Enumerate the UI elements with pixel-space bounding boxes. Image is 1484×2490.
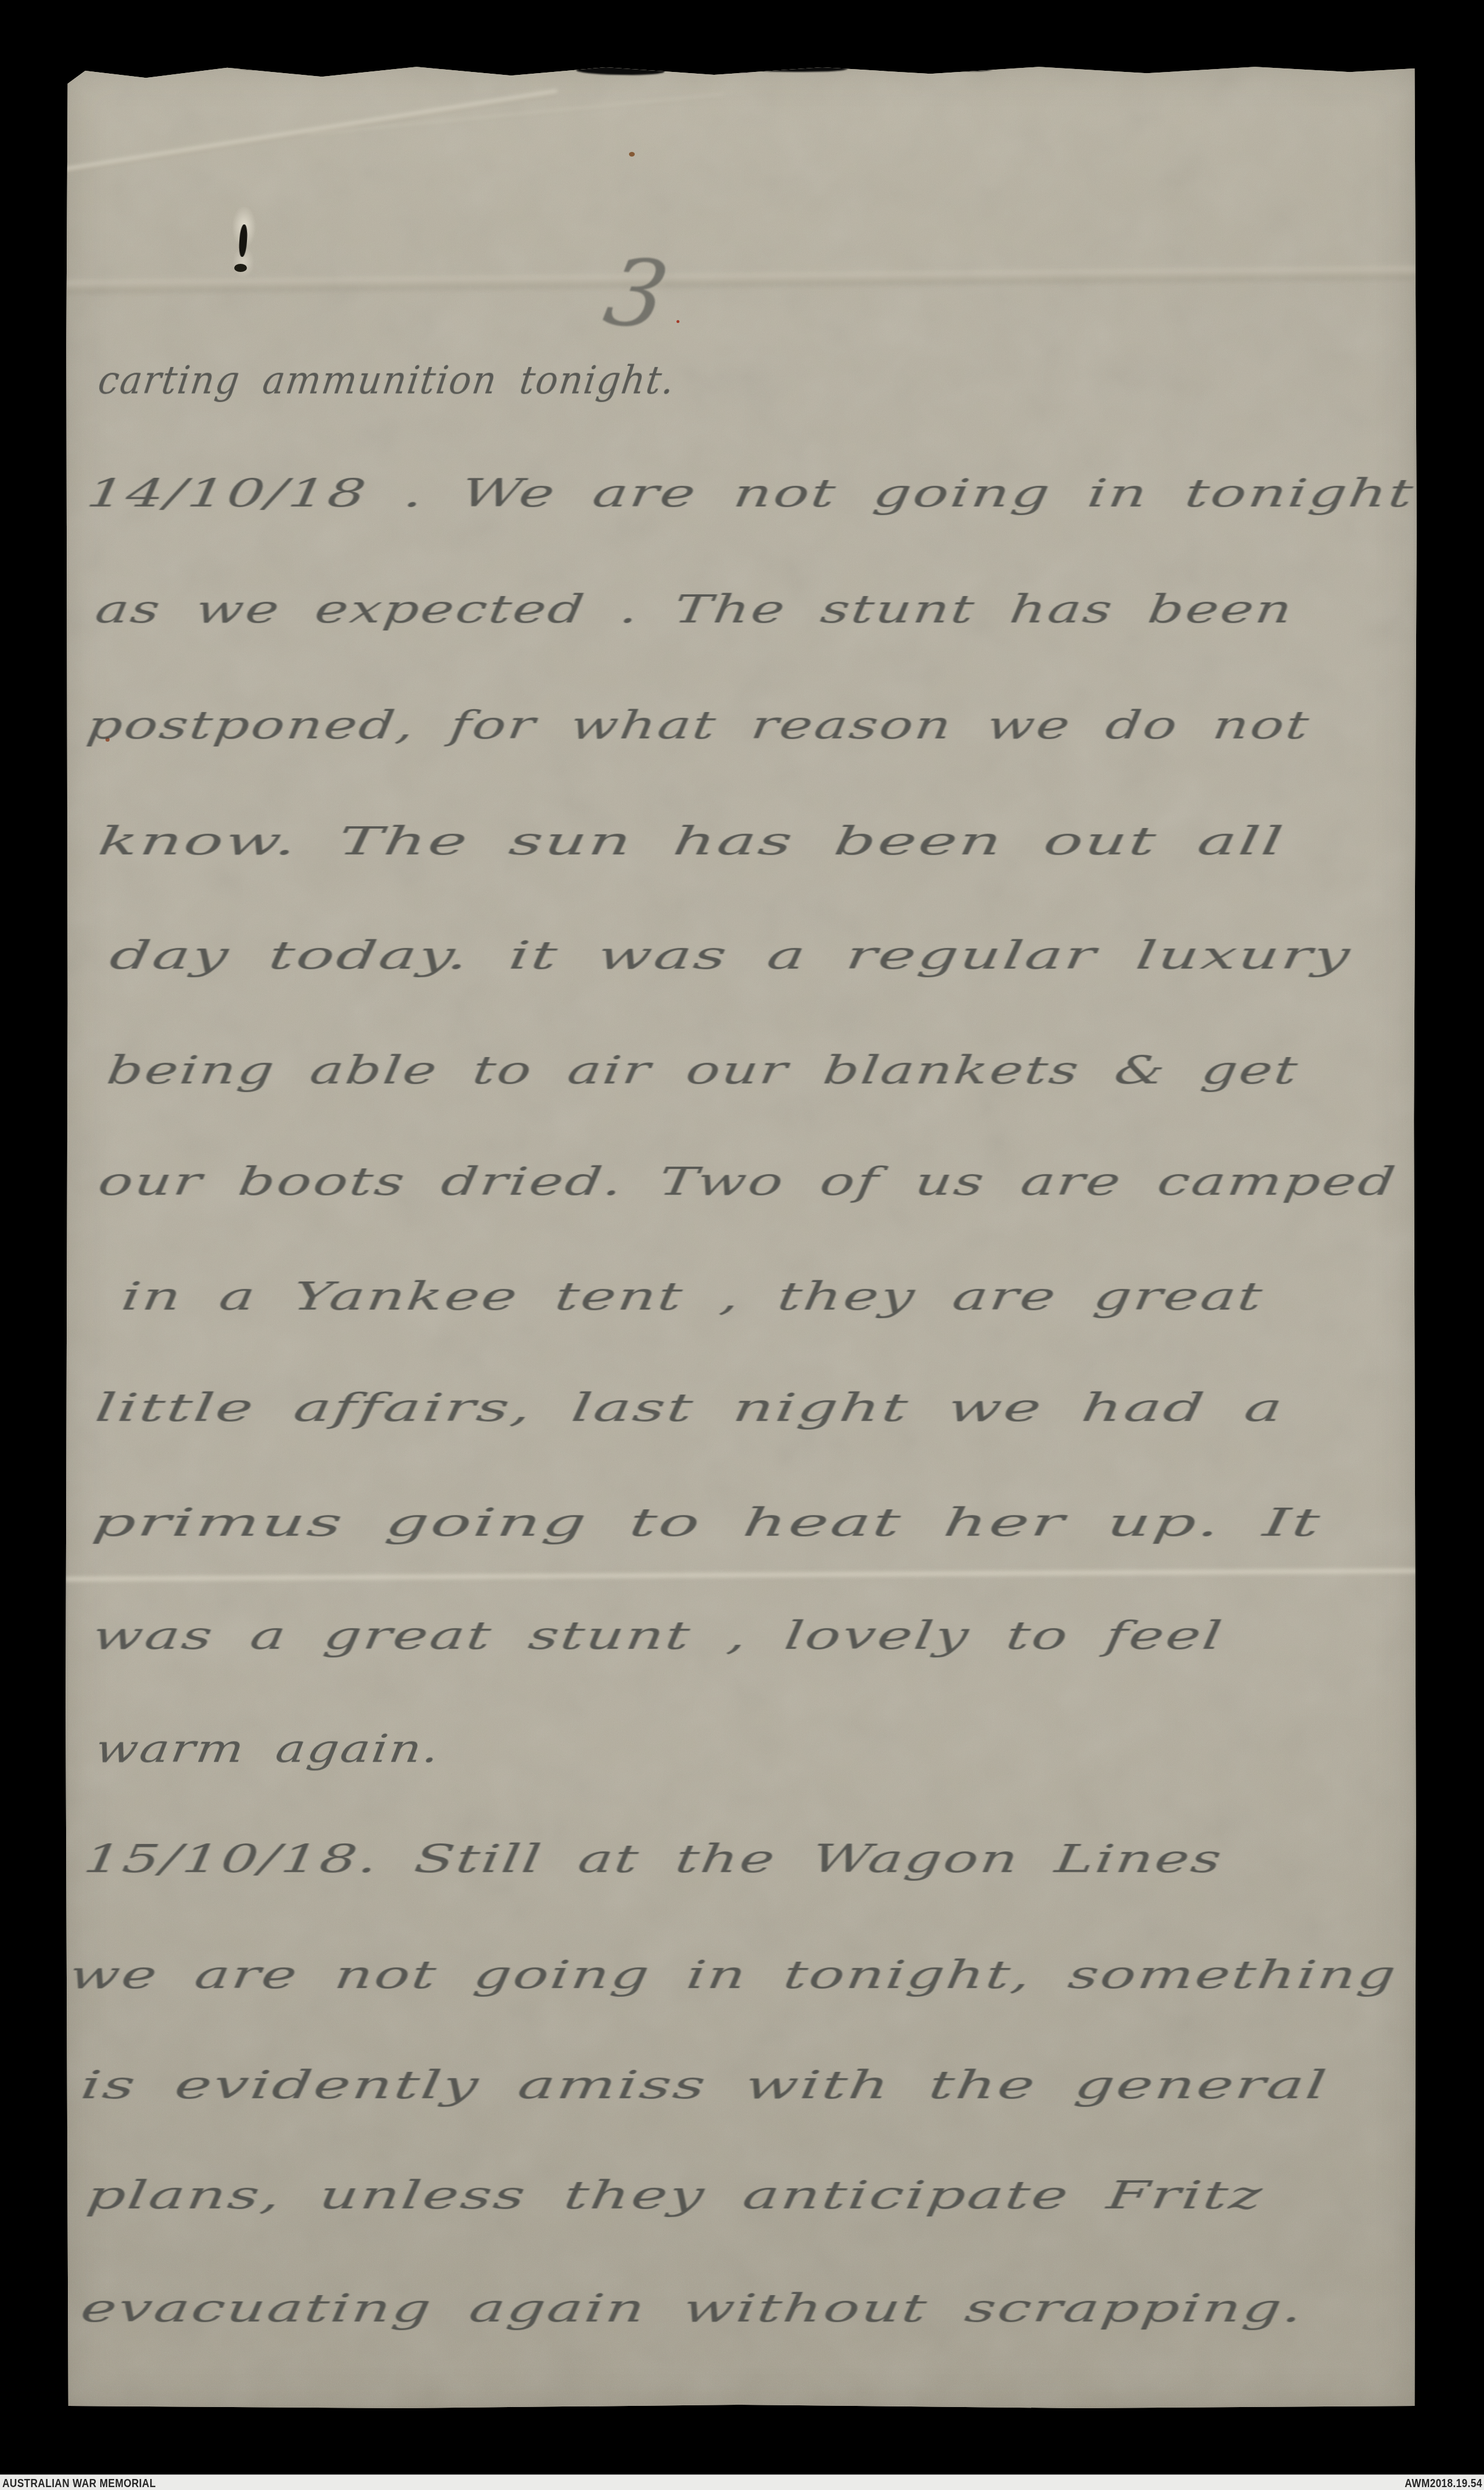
handwritten-line: being able to air our blankets & get bbox=[104, 1050, 1301, 1092]
handwritten-line: was a great stunt , lovely to feel bbox=[90, 1615, 1226, 1657]
handwritten-line: primus going to heat her up. It bbox=[90, 1502, 1324, 1544]
footer-institution-label: AUSTRALIAN WAR MEMORIAL bbox=[2, 2477, 156, 2490]
footer-bar: AUSTRALIAN WAR MEMORIAL AWM2018.19.54 bbox=[0, 2474, 1484, 2490]
handwritten-line: evacuating again without scrapping. bbox=[78, 2288, 1307, 2330]
paper-hole bbox=[229, 207, 259, 278]
handwritten-line: plans, unless they anticipate Fritz bbox=[84, 2175, 1267, 2217]
handwritten-line: in a Yankee tent , they are great bbox=[119, 1276, 1267, 1318]
torn-edge-mark bbox=[494, 65, 547, 72]
handwritten-line: is evidently amiss with the general bbox=[78, 2064, 1330, 2107]
torn-edge-mark bbox=[576, 66, 664, 76]
torn-edge-mark bbox=[750, 65, 848, 72]
handwritten-line: day today. it was a regular luxury bbox=[107, 935, 1354, 977]
rust-stain bbox=[629, 152, 635, 157]
fold-crease bbox=[53, 89, 558, 175]
torn-edge-mark bbox=[239, 65, 270, 70]
paper-grain-texture bbox=[65, 65, 1417, 2409]
handwritten-line: carting ammunition tonight. bbox=[96, 360, 678, 402]
torn-edge-mark bbox=[732, 68, 754, 72]
fold-crease bbox=[65, 1569, 1417, 1581]
page-number: 3 bbox=[598, 246, 675, 343]
handwritten-line: we are not going in tonight, something bbox=[67, 1954, 1400, 1997]
handwritten-line: 14/10/18 . We are not going in tonight bbox=[84, 473, 1417, 515]
document-page: 3 carting ammunition tonight. 14/10/18 .… bbox=[65, 65, 1417, 2409]
handwritten-line: our boots dried. Two of us are camped bbox=[96, 1161, 1399, 1203]
handwritten-line: warm again. bbox=[93, 1728, 443, 1770]
paper-hole-dot bbox=[234, 264, 247, 272]
fold-crease bbox=[308, 93, 724, 137]
handwritten-line: 15/10/18. Still at the Wagon Lines bbox=[81, 1838, 1225, 1881]
footer-accession-number: AWM2018.19.54 bbox=[1405, 2477, 1482, 2490]
handwritten-line: know. The sun has been out all bbox=[96, 821, 1287, 863]
handwritten-line: little affairs, last night we had a bbox=[93, 1387, 1287, 1429]
scan-viewport: 3 carting ammunition tonight. 14/10/18 .… bbox=[0, 0, 1484, 2490]
torn-edge-mark bbox=[952, 66, 992, 71]
rust-stain bbox=[676, 320, 679, 323]
fold-crease bbox=[65, 267, 1417, 296]
handwritten-line: postponed, for what reason we do not bbox=[84, 705, 1313, 747]
handwritten-line: as we expected . The stunt has been bbox=[93, 589, 1296, 631]
